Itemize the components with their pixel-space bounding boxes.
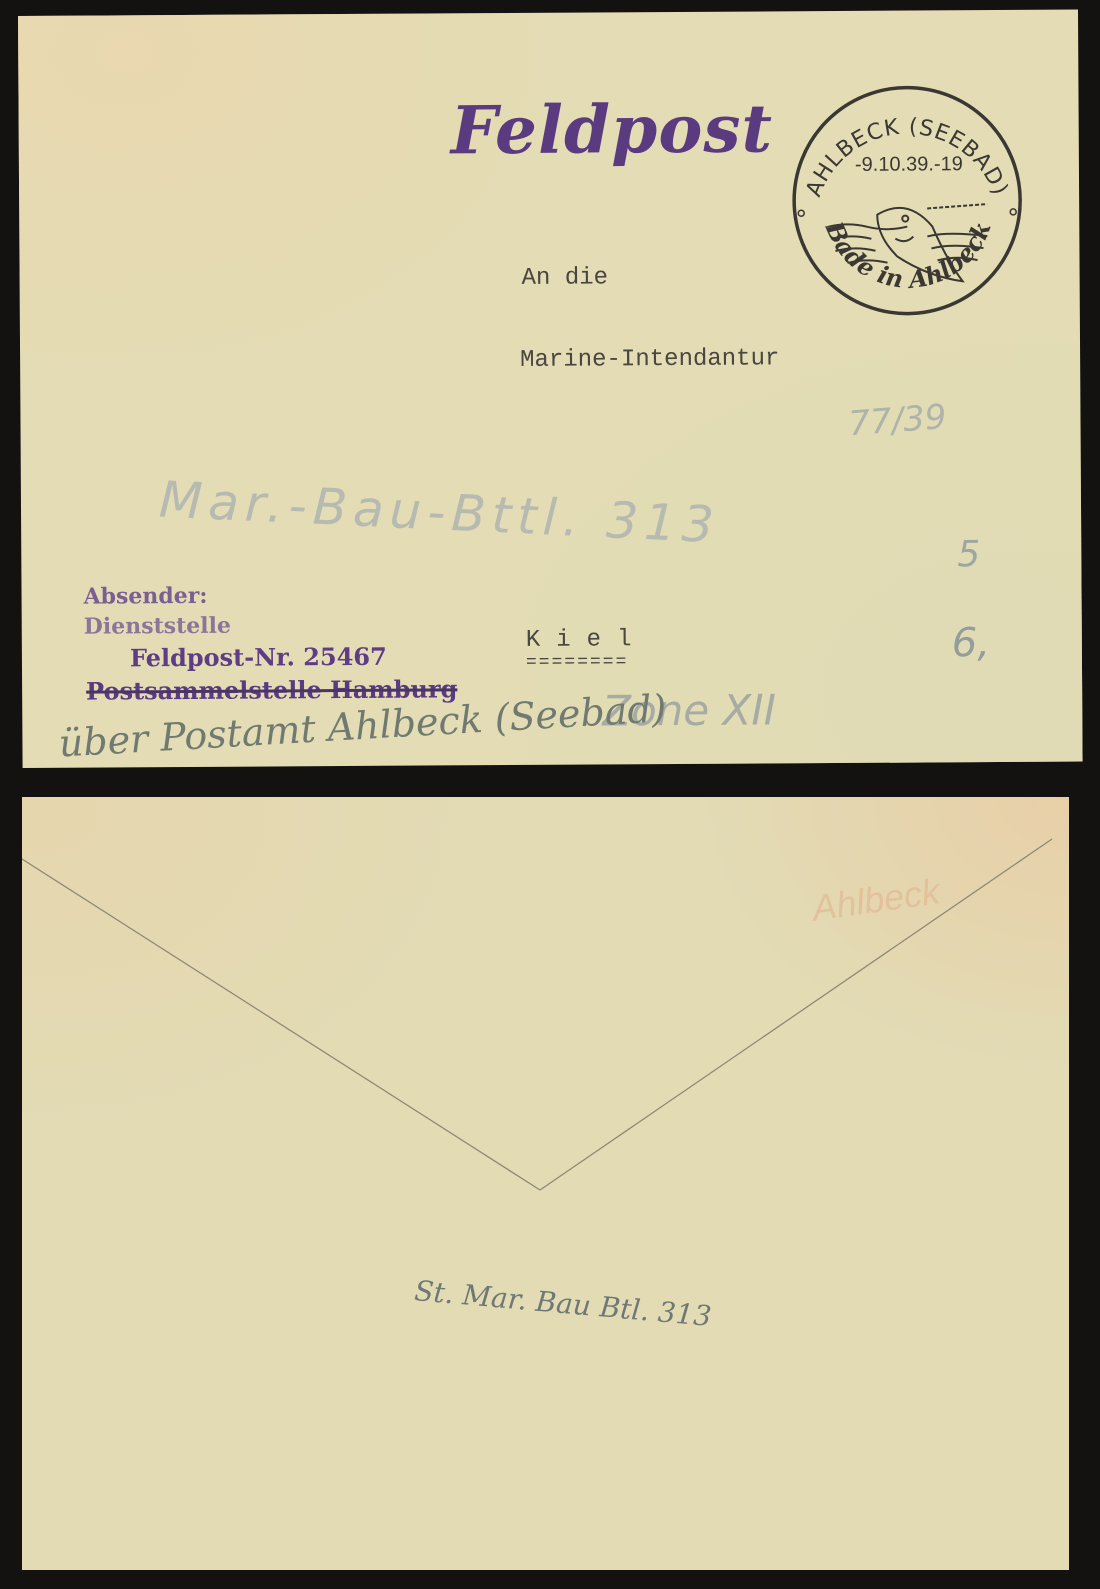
envelope-back: Ahlbeck St. Mar. Bau Btl. 313: [22, 797, 1069, 1570]
postmark-date: -9.10.39.-19: [855, 153, 963, 176]
addressee-prefix: An die: [522, 264, 609, 292]
svg-text:Bade in Ahlbeck: Bade in Ahlbeck: [819, 216, 997, 295]
addressee-name: Marine-Intendantur: [520, 345, 779, 374]
sender-feldpost-number: Feldpost-Nr. 25467: [130, 642, 387, 673]
pencil-reference-number: 77/39: [847, 397, 948, 444]
pencil-mark-5: 5: [957, 534, 980, 575]
postmark-bottom-text: Bade in Ahlbeck: [819, 216, 997, 295]
pencil-unit-note: Mar.-Bau-Bttl. 313: [158, 470, 721, 554]
postmark-cancel-icon: AHLBECK (SEEBAD) Bade in Ahlbeck -9.10.3…: [786, 76, 1027, 317]
feldpost-stamp: Feldpost: [450, 89, 773, 169]
sender-label: Absender:: [83, 583, 207, 610]
city-underline: ========: [526, 652, 629, 673]
pencil-mark-6: 6,: [952, 620, 990, 666]
envelope-front: Feldpost AHLBECK (SEEBAD) Bade in Ahlbec…: [18, 10, 1083, 768]
sender-unit: Dienststelle: [84, 613, 231, 640]
addressee-city: Kiel: [526, 626, 648, 654]
